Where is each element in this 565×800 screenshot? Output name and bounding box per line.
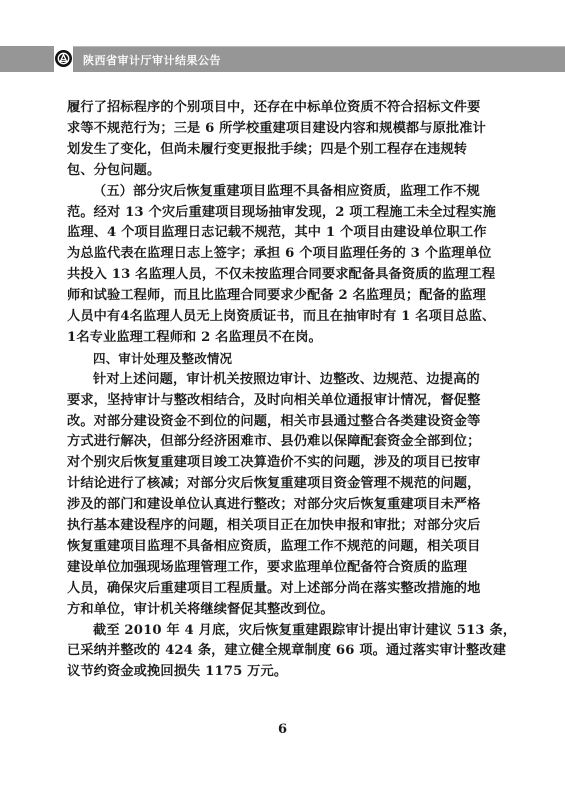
body-text-line: 划发生了变化，但尚未履行变更报批手续；四是个别工程存在违规转 xyxy=(67,140,477,160)
body-text-line: 监理、4 个项目监理日志记载不规范，其中 1 个项目由建设单位职工作 xyxy=(67,223,477,243)
body-text-line: 为总监代表在监理日志上签字；承担 6 个项目监理任务的 3 个监理单位 xyxy=(67,244,477,264)
body-text-line: 已采纳并整改的 424 条，建立健全规章制度 66 项。通过落实审计整改建 xyxy=(67,641,477,661)
body-text-line: 人员，确保灾后重建项目工程质量。对上述部分尚在落实整改措施的地 xyxy=(67,579,477,599)
body-text-line: 议节约资金或挽回损失 1175 万元。 xyxy=(67,662,477,682)
body-text-line: 履行了招标程序的个别项目中，还存在中标单位资质不符合招标文件要 xyxy=(67,98,477,118)
section-heading: 四、审计处理及整改情况 xyxy=(93,349,503,369)
body-text-line: 针对上述问题，审计机关按照边审计、边整改、边规范、边提高的 xyxy=(93,370,503,390)
body-text-line: 对个别灾后恢复重建项目竣工决算造价不实的问题，涉及的项目已按审 xyxy=(67,453,477,473)
body-text-line: 方式进行解决，但部分经济困难市、县仍难以保障配套资金全部到位； xyxy=(67,432,477,452)
body-text-line: （五）部分灾后恢复重建项目监理不具备相应资质，监理工作不规 xyxy=(93,182,503,202)
body-text-line: 包、分包问题。 xyxy=(67,161,477,181)
header-title: 陕西省审计厅审计结果公告 xyxy=(83,52,221,68)
body-text-line: 1名专业监理工程师和 2 名监理员不在岗。 xyxy=(67,328,477,348)
body-text-line: 截至 2010 年 4 月底，灾后恢复重建跟踪审计提出审计建议 513 条， xyxy=(93,621,503,641)
page-number: 6 xyxy=(0,722,565,737)
body-text-line: 共投入 13 名监理人员，不仅未按监理合同要求配备具备资质的监理工程 xyxy=(67,265,477,285)
document-header-bar: 陕西省审计厅审计结果公告 xyxy=(0,46,565,72)
header-title-bar: 陕西省审计厅审计结果公告 xyxy=(73,46,565,72)
body-text-line: 建设单位加强现场监理管理工作，要求监理单位配备符合资质的监理 xyxy=(67,558,477,578)
body-text-line: 改。对部分建设资金不到位的问题，相关市县通过整合各类建设资金等 xyxy=(67,412,477,432)
body-text-line: 恢复重建项目监理不具备相应资质，监理工作不规范的问题，相关项目 xyxy=(67,537,477,557)
body-text-line: 范。经对 13 个灾后重建项目现场抽审发现，2 项工程施工未全过程实施 xyxy=(67,203,477,223)
body-text-line: 计结论进行了核减；对部分灾后恢复重建项目资金管理不规范的问题， xyxy=(67,474,477,494)
body-text-line: 师和试验工程师，而且比监理合同要求少配备 2 名监理员；配备的监理 xyxy=(67,286,477,306)
body-text-line: 求等不规范行为；三是 6 所学校重建项目建设内容和规模都与原批准计 xyxy=(67,119,477,139)
audit-office-emblem-icon xyxy=(55,50,72,67)
header-left-block xyxy=(0,46,54,72)
body-text-line: 方和单位，审计机关将继续督促其整改到位。 xyxy=(67,600,477,620)
body-text-line: 要求，坚持审计与整改相结合，及时向相关单位通报审计情况，督促整 xyxy=(67,391,477,411)
body-text-line: 涉及的部门和建设单位认真进行整改；对部分灾后恢复重建项目未严格 xyxy=(67,495,477,515)
body-text-line: 人员中有4名监理人员无上岗资质证书，而且在抽审时有 1 名项目总监、 xyxy=(67,307,477,327)
body-text-line: 执行基本建设程序的问题，相关项目正在加快申报和审批；对部分灾后 xyxy=(67,516,477,536)
